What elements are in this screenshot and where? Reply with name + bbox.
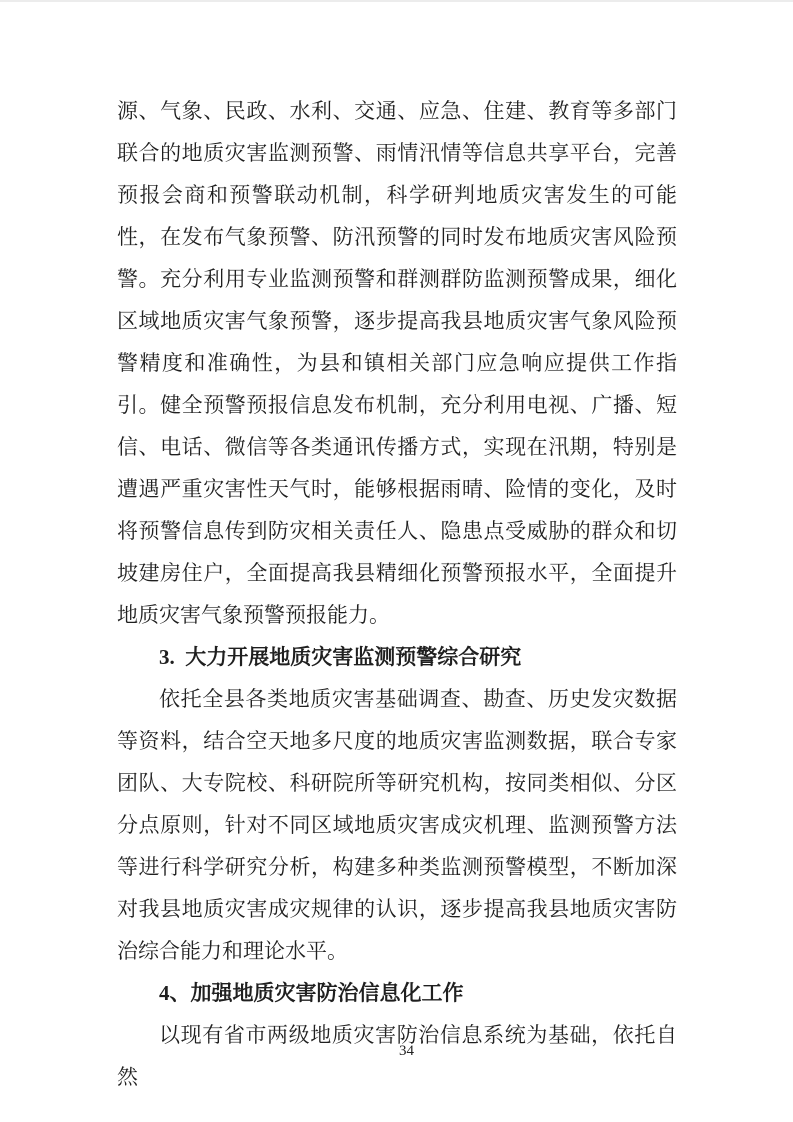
section-heading: 4、加强地质灾害防治信息化工作 — [117, 972, 677, 1014]
document-body: 源、气象、民政、水利、交通、应急、住建、教育等多部门联合的地质灾害监测预警、雨情… — [117, 90, 677, 1098]
page-number: 34 — [10, 1040, 793, 1062]
paragraph: 源、气象、民政、水利、交通、应急、住建、教育等多部门联合的地质灾害监测预警、雨情… — [117, 90, 677, 636]
document-page: 源、气象、民政、水利、交通、应急、住建、教育等多部门联合的地质灾害监测预警、雨情… — [0, 0, 793, 1122]
section-heading: 3. 大力开展地质灾害监测预警综合研究 — [117, 636, 677, 678]
paragraph: 依托全县各类地质灾害基础调查、勘查、历史发灾数据等资料，结合空天地多尺度的地质灾… — [117, 678, 677, 972]
